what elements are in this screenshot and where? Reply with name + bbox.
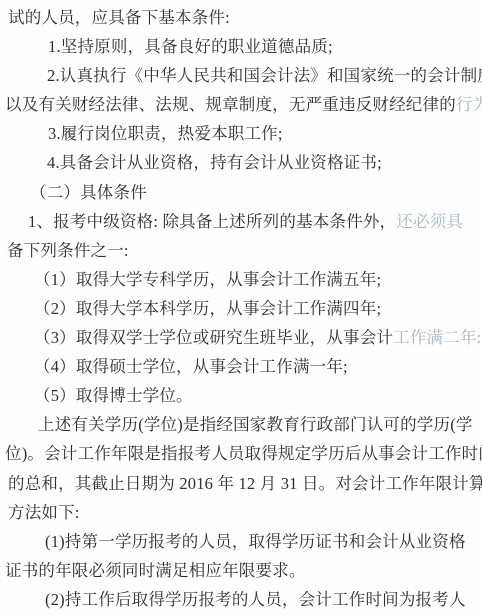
text-line-main: 试的人员，应具备下基本条件: — [8, 8, 230, 27]
text-line: 证书的年限必须同时满足相应年限要求。 — [0, 556, 482, 585]
text-line-main: (1)持第一学历报考的人员，取得学历证书和会计从业资格 — [45, 532, 466, 551]
text-line: 2.认真执行《中华人民共和国会计法》和国家统一的会计制度， — [0, 61, 482, 90]
text-line-main: 1.坚持原则，具备良好的职业道德品质; — [48, 37, 333, 56]
text-line-main: 2.认真执行《中华人民共和国会计法》和国家统一的会计制度， — [47, 66, 482, 85]
text-line: (1)持第一学历报考的人员，取得学历证书和会计从业资格 — [0, 527, 482, 556]
text-line-faded-segment: 工作满二年: — [393, 328, 481, 347]
text-line-main: 上述有关学历(学位)是指经国家教育行政部门认可的学历(学 — [38, 415, 473, 434]
text-line: （5）取得博士学位。 — [0, 381, 482, 410]
text-line-main: （二）具体条件 — [30, 183, 147, 202]
text-line: 3.履行岗位职责，热爱本职工作; — [0, 119, 482, 148]
text-line: 备下列条件之一: — [0, 236, 482, 265]
document-page: 试的人员，应具备下基本条件:1.坚持原则，具备良好的职业道德品质;2.认真执行《… — [0, 0, 482, 614]
text-line-faded-segment: 还必须具 — [396, 212, 463, 231]
text-line-main: 证书的年限必须同时满足相应年限要求。 — [5, 561, 306, 580]
text-line-main: 以及有关财经法律、法规、规章制度，无严重违反财经纪律的 — [5, 95, 456, 114]
text-line-main: 的总和，其截止日期为 2016 年 12 月 31 日。对会计工作年限计算 — [8, 474, 482, 493]
text-line-main: 备下列条件之一: — [7, 241, 129, 260]
text-line-main: （5）取得博士学位。 — [34, 386, 193, 405]
text-line-main: 位)。会计工作年限是指报考人员取得规定学历后从事会计工作时间 — [5, 444, 482, 463]
text-line: 以及有关财经法律、法规、规章制度，无严重违反财经纪律的行为; — [0, 90, 482, 119]
text-line: （1）取得大学专科学历，从事会计工作满五年; — [0, 265, 482, 294]
text-line-main: 1、报考中级资格: 除具备上述所列的基本条件外， — [28, 212, 396, 231]
text-line-main: （4）取得硕士学位，从事会计工作满一年; — [34, 357, 348, 376]
text-line-main: 4.具备会计从业资格，持有会计从业资格证书; — [47, 153, 382, 172]
text-line: （4）取得硕士学位，从事会计工作满一年; — [0, 352, 482, 381]
text-line: 的总和，其截止日期为 2016 年 12 月 31 日。对会计工作年限计算 — [0, 469, 482, 498]
text-line: （二）具体条件 — [0, 178, 482, 207]
text-line: 4.具备会计从业资格，持有会计从业资格证书; — [0, 148, 482, 177]
text-line-main: 方法如下: — [8, 503, 80, 522]
text-line: （3）取得双学士学位或研究生班毕业，从事会计工作满二年: — [0, 323, 482, 352]
text-line: 1.坚持原则，具备良好的职业道德品质; — [0, 32, 482, 61]
text-line: 1、报考中级资格: 除具备上述所列的基本条件外，还必须具 — [0, 207, 482, 236]
text-line-main: （1）取得大学专科学历，从事会计工作满五年; — [34, 270, 381, 289]
text-line-main: 3.履行岗位职责，热爱本职工作; — [48, 124, 283, 143]
text-line: （2）取得大学本科学历，从事会计工作满四年; — [0, 294, 482, 323]
text-line-main: （3）取得双学士学位或研究生班毕业，从事会计 — [34, 328, 393, 347]
document-text-block: 试的人员，应具备下基本条件:1.坚持原则，具备良好的职业道德品质;2.认真执行《… — [0, 3, 482, 614]
text-line-main: (2)持工作后取得学历报考的人员，会计工作时间为报考人 — [45, 590, 466, 609]
text-line: 上述有关学历(学位)是指经国家教育行政部门认可的学历(学 — [0, 410, 482, 439]
text-line: (2)持工作后取得学历报考的人员，会计工作时间为报考人 — [0, 585, 482, 614]
text-line-main: （2）取得大学本科学历，从事会计工作满四年; — [34, 299, 381, 318]
text-line: 试的人员，应具备下基本条件: — [0, 3, 482, 32]
text-line-faded-segment: 行为; — [456, 95, 482, 114]
text-line: 位)。会计工作年限是指报考人员取得规定学历后从事会计工作时间 — [0, 439, 482, 468]
text-line: 方法如下: — [0, 498, 482, 527]
